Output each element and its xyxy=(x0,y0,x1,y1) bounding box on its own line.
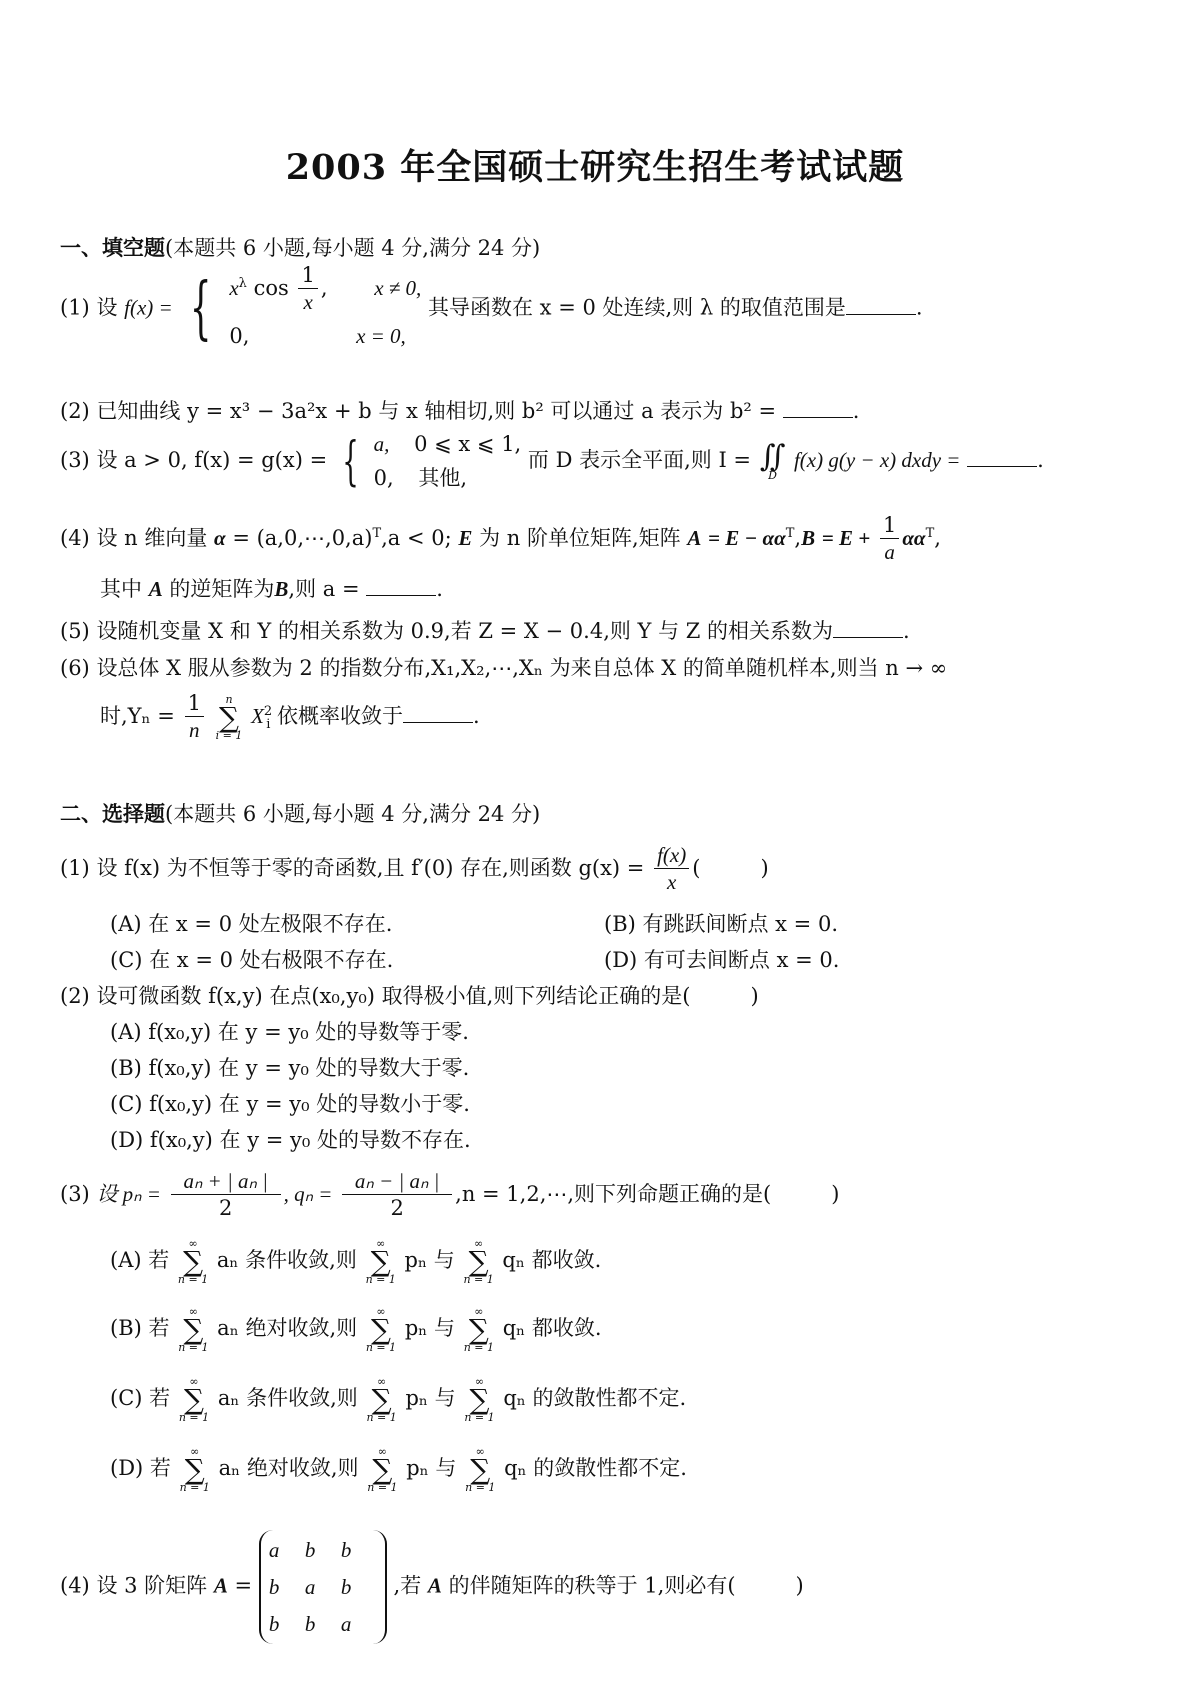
option-text: aₙ 条件收敛,则 xyxy=(218,1386,358,1410)
case-row: 0, 其他, xyxy=(374,462,522,496)
matrix-row: abb xyxy=(269,1532,377,1569)
case-condition: 0 ⩽ x ⩽ 1, xyxy=(414,432,521,456)
vector-alpha: α xyxy=(214,526,226,550)
option-text: pₙ 与 xyxy=(405,1386,455,1410)
question-text: 设 n 维向量 xyxy=(96,526,207,550)
question-number: (1) xyxy=(60,296,90,320)
sigma: ∑ xyxy=(178,1317,208,1342)
question-text: ,若 xyxy=(394,1574,422,1598)
question-text: 为 n 阶单位矩阵,矩阵 xyxy=(479,526,681,550)
answer-paren: ) xyxy=(750,984,758,1008)
option-text: aₙ 绝对收敛,则 xyxy=(217,1316,357,1340)
fraction: 1n xyxy=(185,690,204,745)
answer-paren: ) xyxy=(760,856,768,880)
question-1-6-line2: 时,Yₙ = 1n n∑i = 1 X2i 依概率收敛于. xyxy=(100,690,480,745)
question-1-4-line2: 其中 A 的逆矩阵为B,则 a = . xyxy=(100,573,443,603)
section-note: (本题共 6 小题,每小题 4 分,满分 24 分) xyxy=(165,236,540,260)
option-2-2-c[interactable]: (C) f(x₀,y) 在 y = y₀ 处的导数小于零. xyxy=(110,1088,470,1118)
answer-blank[interactable] xyxy=(366,577,436,596)
math-expression: a, xyxy=(374,432,390,456)
summation: n∑i = 1 xyxy=(216,694,243,741)
matrix-cell: b xyxy=(269,1569,305,1606)
question-text: 而 D 表示全平面,则 I = xyxy=(528,448,751,472)
math-expression: 0, xyxy=(374,466,394,490)
summation: ∞∑n = 1 xyxy=(465,1446,495,1493)
denominator: 2 xyxy=(171,1195,281,1222)
question-number: (3) xyxy=(60,1182,90,1206)
question-text: 设 xyxy=(96,296,117,320)
denominator: 2 xyxy=(342,1195,452,1222)
matrix-cell: a xyxy=(341,1606,377,1643)
sigma: ∑ xyxy=(465,1457,495,1482)
question-text: 已知曲线 y = x³ − 3a²x + b 与 x 轴相切,则 b² 可以通过… xyxy=(96,399,776,423)
denominator: x xyxy=(298,289,317,316)
answer-paren: ) xyxy=(796,1574,804,1598)
sigma: ∑ xyxy=(178,1249,208,1274)
math-expression: X xyxy=(251,704,264,728)
matrix-cell: b xyxy=(305,1606,341,1643)
question-text: 设可微函数 f(x,y) 在点(x₀,y₀) 取得极小值,则下列结论正确的是( xyxy=(96,984,690,1008)
question-number: (1) xyxy=(60,856,90,880)
matrix-A: A xyxy=(214,1574,228,1598)
option-2-2-d[interactable]: (D) f(x₀,y) 在 y = y₀ 处的导数不存在. xyxy=(110,1124,471,1154)
answer-blank[interactable] xyxy=(403,704,473,723)
numerator: aₙ + | aₙ | xyxy=(171,1168,281,1195)
option-text: qₙ 的敛散性都不定. xyxy=(503,1386,686,1410)
case-condition: x = 0, xyxy=(356,324,406,348)
option-label: (D) 若 xyxy=(110,1456,171,1480)
fraction: aₙ − | aₙ |2 xyxy=(342,1168,452,1223)
section-title: 二、选择题 xyxy=(60,801,165,826)
option-2-1-b[interactable]: (B) 有跳跃间断点 x = 0. xyxy=(604,908,838,938)
math-expression: cos xyxy=(254,276,289,300)
case-condition: 其他, xyxy=(418,466,467,490)
question-text: 依概率收敛于 xyxy=(277,704,403,728)
math-expression: f(x) g(y − x) dxdy = xyxy=(794,448,961,472)
summation: ∞∑n = 1 xyxy=(366,1376,396,1423)
denominator: x xyxy=(654,869,689,896)
sigma: ∑ xyxy=(179,1387,209,1412)
numerator: f(x) xyxy=(654,842,689,869)
question-number: (6) xyxy=(60,656,90,680)
math-expression: ,a < 0; xyxy=(381,526,452,550)
question-1-4: (4) 设 n 维向量 α = (a,0,⋯,0,a)T,a < 0; E 为 … xyxy=(60,512,941,567)
option-2-2-a[interactable]: (A) f(x₀,y) 在 y = y₀ 处的导数等于零. xyxy=(110,1016,469,1046)
math-expression: = E − αα xyxy=(708,526,786,550)
matrix-row: bab xyxy=(269,1569,377,1606)
sigma: ∑ xyxy=(366,1317,396,1342)
option-2-1-d[interactable]: (D) 有可去间断点 x = 0. xyxy=(604,944,839,974)
matrix-3x3: abb bab bba xyxy=(259,1530,387,1644)
fraction: 1a xyxy=(880,512,899,567)
option-2-2-b[interactable]: (B) f(x₀,y) 在 y = y₀ 处的导数大于零. xyxy=(110,1052,469,1082)
question-number: (2) xyxy=(60,399,90,423)
numerator: aₙ − | aₙ | xyxy=(342,1168,452,1195)
sum-lower: n = 1 xyxy=(366,1412,396,1423)
math-expression: = xyxy=(235,1574,253,1598)
option-text: pₙ 与 xyxy=(405,1316,455,1340)
case-row: 0, x = 0, xyxy=(229,317,421,357)
question-1-2: (2) 已知曲线 y = x³ − 3a²x + b 与 x 轴相切,则 b² … xyxy=(60,395,859,425)
sigma: ∑ xyxy=(216,705,243,730)
answer-blank[interactable] xyxy=(783,399,853,418)
option-label: (B) 若 xyxy=(110,1316,170,1340)
option-text: aₙ 条件收敛,则 xyxy=(217,1248,357,1272)
question-text: 的逆矩阵为 xyxy=(169,577,274,601)
question-text: ,n = 1,2,⋯,则下列命题正确的是( xyxy=(455,1182,771,1206)
sum-lower: n = 1 xyxy=(464,1342,494,1353)
summation: ∞∑n = 1 xyxy=(463,1238,493,1285)
subscript: i xyxy=(266,717,270,732)
question-number: (4) xyxy=(60,526,90,550)
sum-lower: n = 1 xyxy=(178,1274,208,1285)
option-2-3-b[interactable]: (B) 若 ∞∑n = 1 aₙ 绝对收敛,则 ∞∑n = 1 pₙ 与 ∞∑n… xyxy=(110,1306,602,1353)
answer-paren: ) xyxy=(831,1182,839,1206)
matrix-row: bba xyxy=(269,1606,377,1643)
summation: ∞∑n = 1 xyxy=(180,1446,210,1493)
sigma: ∑ xyxy=(464,1387,494,1412)
matrix-B: B xyxy=(801,526,815,550)
answer-blank[interactable] xyxy=(846,296,916,315)
option-text: pₙ 与 xyxy=(405,1248,455,1272)
question-1-3: (3) 设 a > 0, f(x) = g(x) = { a, 0 ⩽ x ⩽ … xyxy=(60,428,1044,495)
sigma: ∑ xyxy=(463,1249,493,1274)
matrix-A: A xyxy=(428,1574,442,1598)
piecewise-cases: a, 0 ⩽ x ⩽ 1, 0, 其他, xyxy=(374,428,522,495)
denominator: n xyxy=(185,717,204,744)
matrix-B: B xyxy=(274,577,288,601)
math-expression: = E + xyxy=(822,526,870,550)
sigma: ∑ xyxy=(367,1457,397,1482)
matrix-cell: a xyxy=(305,1569,341,1606)
section-heading-choice: 二、选择题(本题共 6 小题,每小题 4 分,满分 24 分) xyxy=(60,798,540,828)
question-text: 设 a > 0, f(x) = g(x) = xyxy=(96,448,327,472)
sum-lower: n = 1 xyxy=(465,1482,495,1493)
summation: ∞∑n = 1 xyxy=(179,1376,209,1423)
case-row: a, 0 ⩽ x ⩽ 1, xyxy=(374,428,522,462)
summation: ∞∑n = 1 xyxy=(464,1306,494,1353)
fraction: aₙ + | aₙ |2 xyxy=(171,1168,281,1223)
superscript: T xyxy=(372,526,381,541)
question-text: 设 f(x) 为不恒等于零的奇函数,且 f′(0) 存在,则函数 g(x) = xyxy=(96,856,644,880)
question-number: (3) xyxy=(60,448,90,472)
option-2-1-a[interactable]: (A) 在 x = 0 处左极限不存在. xyxy=(110,908,392,938)
sigma: ∑ xyxy=(464,1317,494,1342)
sum-lower: n = 1 xyxy=(464,1412,494,1423)
option-2-1-c[interactable]: (C) 在 x = 0 处右极限不存在. xyxy=(110,944,393,974)
option-text: qₙ 都收敛. xyxy=(502,1248,601,1272)
question-number: (5) xyxy=(60,619,90,643)
fraction: f(x)x xyxy=(654,842,689,897)
question-number: (4) xyxy=(60,1574,90,1598)
sum-lower: n = 1 xyxy=(367,1482,397,1493)
question-1-1: (1) 设 f(x) = { xλ cos 1x, x ≠ 0, 0, x = … xyxy=(60,262,923,356)
question-text: 设 pₙ = xyxy=(96,1182,161,1206)
math-expression: αα xyxy=(902,526,925,550)
summation: ∞∑n = 1 xyxy=(366,1306,396,1353)
option-2-3-a[interactable]: (A) 若 ∞∑n = 1 aₙ 条件收敛,则 ∞∑n = 1 pₙ 与 ∞∑n… xyxy=(110,1238,601,1285)
question-text: 其导函数在 x = 0 处连续,则 λ 的取值范围是 xyxy=(428,296,846,320)
question-text: 设总体 X 服从参数为 2 的指数分布,X₁,X₂,⋯,Xₙ 为来自总体 X 的… xyxy=(96,656,947,680)
question-2-4: (4) 设 3 阶矩阵 A = abb bab bba ,若 A 的伴随矩阵的秩… xyxy=(60,1530,804,1644)
summation: ∞∑n = 1 xyxy=(366,1238,396,1285)
superscript: T xyxy=(926,526,935,541)
option-text: qₙ 的敛散性都不定. xyxy=(504,1456,687,1480)
sum-lower: n = 1 xyxy=(366,1342,396,1353)
sum-lower: n = 1 xyxy=(180,1482,210,1493)
question-text: 的伴随矩阵的秩等于 1,则必有( xyxy=(449,1574,736,1598)
question-1-6: (6) 设总体 X 服从参数为 2 的指数分布,X₁,X₂,⋯,Xₙ 为来自总体… xyxy=(60,652,947,682)
double-integral: ∬D xyxy=(760,443,786,481)
fraction: 1x xyxy=(298,262,317,317)
math-expression: f(x) = xyxy=(124,296,173,320)
sigma: ∑ xyxy=(180,1457,210,1482)
math-expression: 0, xyxy=(229,324,249,348)
denominator: a xyxy=(880,539,899,566)
case-row: xλ cos 1x, x ≠ 0, xyxy=(229,262,421,317)
math-expression: x xyxy=(229,276,238,300)
summation: ∞∑n = 1 xyxy=(178,1238,208,1285)
matrix-A: A xyxy=(687,526,701,550)
piecewise-cases: xλ cos 1x, x ≠ 0, 0, x = 0, xyxy=(229,262,421,356)
numerator: 1 xyxy=(880,512,899,539)
question-2-2: (2) 设可微函数 f(x,y) 在点(x₀,y₀) 取得极小值,则下列结论正确… xyxy=(60,980,759,1010)
math-expression: = (a,0,⋯,0,a) xyxy=(232,526,372,550)
sigma: ∑ xyxy=(366,1249,396,1274)
section-heading-fill-in: 一、填空题(本题共 6 小题,每小题 4 分,满分 24 分) xyxy=(60,232,540,262)
question-text: 设随机变量 X 和 Y 的相关系数为 0.9,若 Z = X − 0.4,则 Y… xyxy=(96,619,833,643)
option-text: qₙ 都收敛. xyxy=(503,1316,602,1340)
question-text: 其中 xyxy=(100,577,142,601)
matrix-cell: b xyxy=(269,1606,305,1643)
question-text: ,则 a = xyxy=(288,577,359,601)
option-text: pₙ 与 xyxy=(406,1456,456,1480)
sum-lower: n = 1 xyxy=(179,1412,209,1423)
sum-lower: n = 1 xyxy=(366,1274,396,1285)
sum-lower: i = 1 xyxy=(216,730,243,741)
section-title: 一、填空题 xyxy=(60,235,165,260)
page-title: 2003 年全国硕士研究生招生考试试题 xyxy=(0,140,1190,190)
numerator: 1 xyxy=(298,262,317,289)
section-note: (本题共 6 小题,每小题 4 分,满分 24 分) xyxy=(165,802,540,826)
numerator: 1 xyxy=(185,690,204,717)
answer-blank[interactable] xyxy=(833,619,903,638)
sum-lower: n = 1 xyxy=(463,1274,493,1285)
left-brace: { xyxy=(190,275,212,343)
answer-blank[interactable] xyxy=(967,448,1037,467)
option-label: (A) 若 xyxy=(110,1248,169,1272)
question-2-1: (1) 设 f(x) 为不恒等于零的奇函数,且 f′(0) 存在,则函数 g(x… xyxy=(60,842,769,897)
sigma: ∑ xyxy=(366,1387,396,1412)
question-2-3: (3) 设 pₙ = aₙ + | aₙ |2, qₙ = aₙ − | aₙ … xyxy=(60,1168,839,1223)
integral-sign: ∬ xyxy=(760,443,786,470)
option-2-3-c[interactable]: (C) 若 ∞∑n = 1 aₙ 条件收敛,则 ∞∑n = 1 pₙ 与 ∞∑n… xyxy=(110,1376,686,1423)
case-condition: x ≠ 0, xyxy=(374,276,421,300)
question-text: 时,Yₙ = xyxy=(100,704,175,728)
summation: ∞∑n = 1 xyxy=(464,1376,494,1423)
superscript: λ xyxy=(239,276,247,291)
matrix-cell: b xyxy=(341,1532,377,1569)
option-text: aₙ 绝对收敛,则 xyxy=(219,1456,359,1480)
matrix-cell: a xyxy=(269,1532,305,1569)
summation: ∞∑n = 1 xyxy=(367,1446,397,1493)
summation: ∞∑n = 1 xyxy=(178,1306,208,1353)
superscript: T xyxy=(786,526,795,541)
option-label: (C) 若 xyxy=(110,1386,170,1410)
option-2-3-d[interactable]: (D) 若 ∞∑n = 1 aₙ 绝对收敛,则 ∞∑n = 1 pₙ 与 ∞∑n… xyxy=(110,1446,687,1493)
left-brace: { xyxy=(342,436,359,488)
question-1-5: (5) 设随机变量 X 和 Y 的相关系数为 0.9,若 Z = X − 0.4… xyxy=(60,615,910,645)
question-text: 设 3 阶矩阵 xyxy=(96,1574,207,1598)
question-number: (2) xyxy=(60,984,90,1008)
matrix-cell: b xyxy=(305,1532,341,1569)
sum-lower: n = 1 xyxy=(178,1342,208,1353)
matrix-cell: b xyxy=(341,1569,377,1606)
matrix-A: A xyxy=(149,577,163,601)
math-expression: , qₙ = xyxy=(284,1182,333,1206)
matrix-E: E xyxy=(458,526,472,550)
